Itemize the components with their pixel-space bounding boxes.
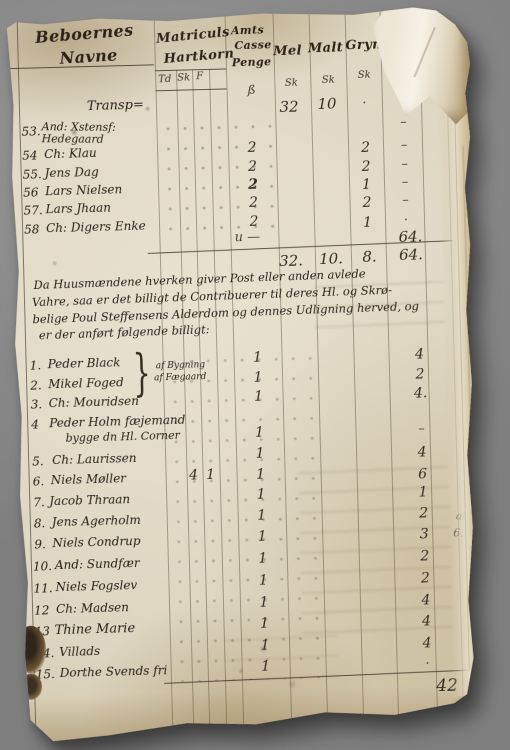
row-number: 2. bbox=[30, 379, 42, 392]
row-penge: 2 bbox=[403, 571, 447, 587]
unit-hartkorn-td: Td bbox=[158, 75, 171, 86]
row-penge: 4 bbox=[405, 636, 449, 652]
row-name: Ch: Mouridsen bbox=[49, 395, 140, 410]
bracket-glyph: } bbox=[132, 347, 151, 400]
row-casse: 2 bbox=[233, 177, 273, 193]
transport-malt: 10 bbox=[309, 96, 345, 113]
row-penge: – bbox=[386, 157, 422, 172]
row-name-line2: bygge dn Hl. Corner bbox=[65, 430, 179, 445]
col-header-mel: Mel bbox=[269, 44, 305, 59]
col-header-malt: Malt bbox=[307, 41, 343, 56]
row-casse: 1 bbox=[247, 659, 283, 675]
row-penge: – bbox=[387, 193, 423, 208]
row-name: And: Xstensf: Hedegaard bbox=[42, 121, 162, 145]
col-header-gryn: Gryn bbox=[345, 38, 380, 53]
sum-gryn: 8. bbox=[353, 249, 386, 266]
row-name: Villads bbox=[59, 645, 100, 659]
row-casse: 1 bbox=[247, 638, 283, 654]
row-number: 10. bbox=[33, 560, 52, 573]
row-penge: 2 bbox=[403, 549, 447, 565]
row-name: Lars Jhaan bbox=[45, 202, 111, 216]
row-name: Lars Nielsen bbox=[45, 183, 122, 198]
row-number: 6. bbox=[33, 475, 45, 488]
row-casse: 1 bbox=[245, 573, 281, 589]
row-number: 53. bbox=[21, 125, 40, 138]
row-name: Jens Dag bbox=[45, 166, 99, 180]
row-penge: – bbox=[385, 115, 421, 130]
row-casse: 2 bbox=[233, 195, 273, 211]
row-casse: 1 bbox=[241, 425, 277, 441]
row-casse: 1 bbox=[244, 529, 280, 545]
bracket-note: af Fægaard bbox=[154, 373, 206, 384]
row-penge: 1 bbox=[401, 485, 445, 501]
row-number: 5. bbox=[32, 455, 44, 468]
row-penge: 2 bbox=[398, 367, 442, 383]
row-gryn: 1 bbox=[349, 177, 384, 193]
row-penge: – bbox=[387, 175, 423, 190]
row-penge: · bbox=[388, 213, 424, 228]
sum-malt: 10. bbox=[313, 251, 349, 268]
paper-sheet: Beboernes Navne Matriculs Hartkorn Amts … bbox=[7, 6, 488, 742]
row-name: Jens Agerholm bbox=[52, 514, 141, 529]
row-penge: – bbox=[386, 138, 422, 153]
row-number: 58 bbox=[24, 223, 40, 236]
row-number: 8. bbox=[34, 517, 46, 530]
row-casse: 1 bbox=[244, 508, 280, 524]
unit-gryn: Sk bbox=[348, 70, 380, 81]
row-name: Niels Fogslev bbox=[55, 579, 137, 594]
row-name: Niels Condrup bbox=[52, 535, 141, 550]
row-number: 3. bbox=[31, 398, 43, 411]
row-casse: 1 bbox=[243, 487, 279, 503]
row-name: Thine Marie bbox=[54, 622, 135, 638]
row-hartkorn-sk: 1 bbox=[203, 468, 217, 483]
row-penge: 4 bbox=[400, 445, 444, 461]
row-number: 4 bbox=[31, 418, 39, 431]
row-casse: 1 bbox=[245, 551, 281, 567]
row-penge: 4 bbox=[404, 614, 448, 630]
transport-mel: 32 bbox=[271, 99, 307, 116]
row-number: 54 bbox=[22, 149, 38, 162]
row-name: Ch: Madsen bbox=[56, 601, 129, 615]
row-number: 9. bbox=[34, 538, 46, 551]
col-header-casse: Casse bbox=[234, 39, 272, 52]
row-casse: 2 bbox=[232, 140, 272, 156]
col-header-navne: Navne bbox=[59, 47, 118, 67]
row-number: 55. bbox=[23, 168, 42, 181]
row-penge: 4 bbox=[397, 347, 441, 363]
row-number: 56 bbox=[23, 186, 39, 199]
unit-hartkorn-sk: Sk bbox=[177, 73, 190, 84]
row-hartkorn-td: 4 bbox=[185, 468, 201, 483]
col-header-amts: Amts bbox=[231, 24, 264, 36]
unit-mel: Sk bbox=[274, 78, 308, 89]
row-name: Mikel Foged bbox=[48, 376, 124, 391]
row-casse: 1 bbox=[242, 446, 278, 462]
subtotal-casse: u — bbox=[222, 230, 272, 245]
row-casse: 1 bbox=[246, 616, 282, 632]
row-gryn: 2 bbox=[348, 159, 383, 175]
row-name: Jacob Thraan bbox=[49, 493, 130, 508]
row-casse: 1 bbox=[240, 370, 276, 386]
row-penge: 2 bbox=[402, 506, 446, 522]
row-name: And: Sundfær bbox=[55, 557, 140, 572]
row-name: Ch: Digers Enke bbox=[46, 220, 146, 235]
row-casse: 2 bbox=[234, 214, 274, 230]
row-penge: 4 bbox=[404, 593, 448, 609]
row-number: 1. bbox=[30, 359, 42, 372]
transport-label: Transp= bbox=[87, 99, 144, 114]
unit-casse: ß bbox=[236, 83, 266, 96]
row-name: Ch: Laurissen bbox=[52, 452, 137, 467]
row-penge: 6 bbox=[401, 467, 445, 483]
row-gryn: 1 bbox=[350, 215, 385, 231]
row-penge: · bbox=[405, 657, 449, 672]
row-number: 57. bbox=[23, 204, 42, 217]
row-gryn: 2 bbox=[349, 195, 384, 211]
row-casse: 2 bbox=[232, 159, 272, 175]
row-penge: 3 bbox=[402, 527, 446, 543]
row-penge: 4. bbox=[398, 386, 442, 402]
col-header-casse-penge: Penge bbox=[232, 56, 272, 69]
photo-background: Beboernes Navne Matriculs Hartkorn Amts … bbox=[0, 0, 510, 750]
row-casse: 1 bbox=[240, 389, 276, 405]
row-penge: – bbox=[399, 422, 443, 437]
bracket-note: af Bygning bbox=[156, 361, 205, 372]
row-name: Niels Møller bbox=[51, 472, 127, 487]
row-number: 11. bbox=[33, 582, 52, 595]
unit-hartkorn-f: F bbox=[196, 72, 203, 83]
row-number: 7. bbox=[33, 496, 45, 509]
row-casse: 1 bbox=[246, 595, 282, 611]
ledger-page: Beboernes Navne Matriculs Hartkorn Amts … bbox=[7, 6, 488, 742]
row-name: Peder Black bbox=[48, 356, 121, 370]
unit-malt: Sk bbox=[312, 75, 344, 86]
row-number: 12 bbox=[34, 604, 50, 617]
row-casse: 1 bbox=[242, 467, 278, 483]
transport-gryn: · bbox=[347, 96, 382, 111]
row-name: Dorthe Svends fri bbox=[60, 664, 168, 679]
row-casse: 1 bbox=[239, 350, 275, 366]
row-gryn: 2 bbox=[348, 140, 383, 156]
row-name: Ch: Klau bbox=[44, 147, 97, 161]
sum-penge: 64. bbox=[391, 247, 431, 264]
